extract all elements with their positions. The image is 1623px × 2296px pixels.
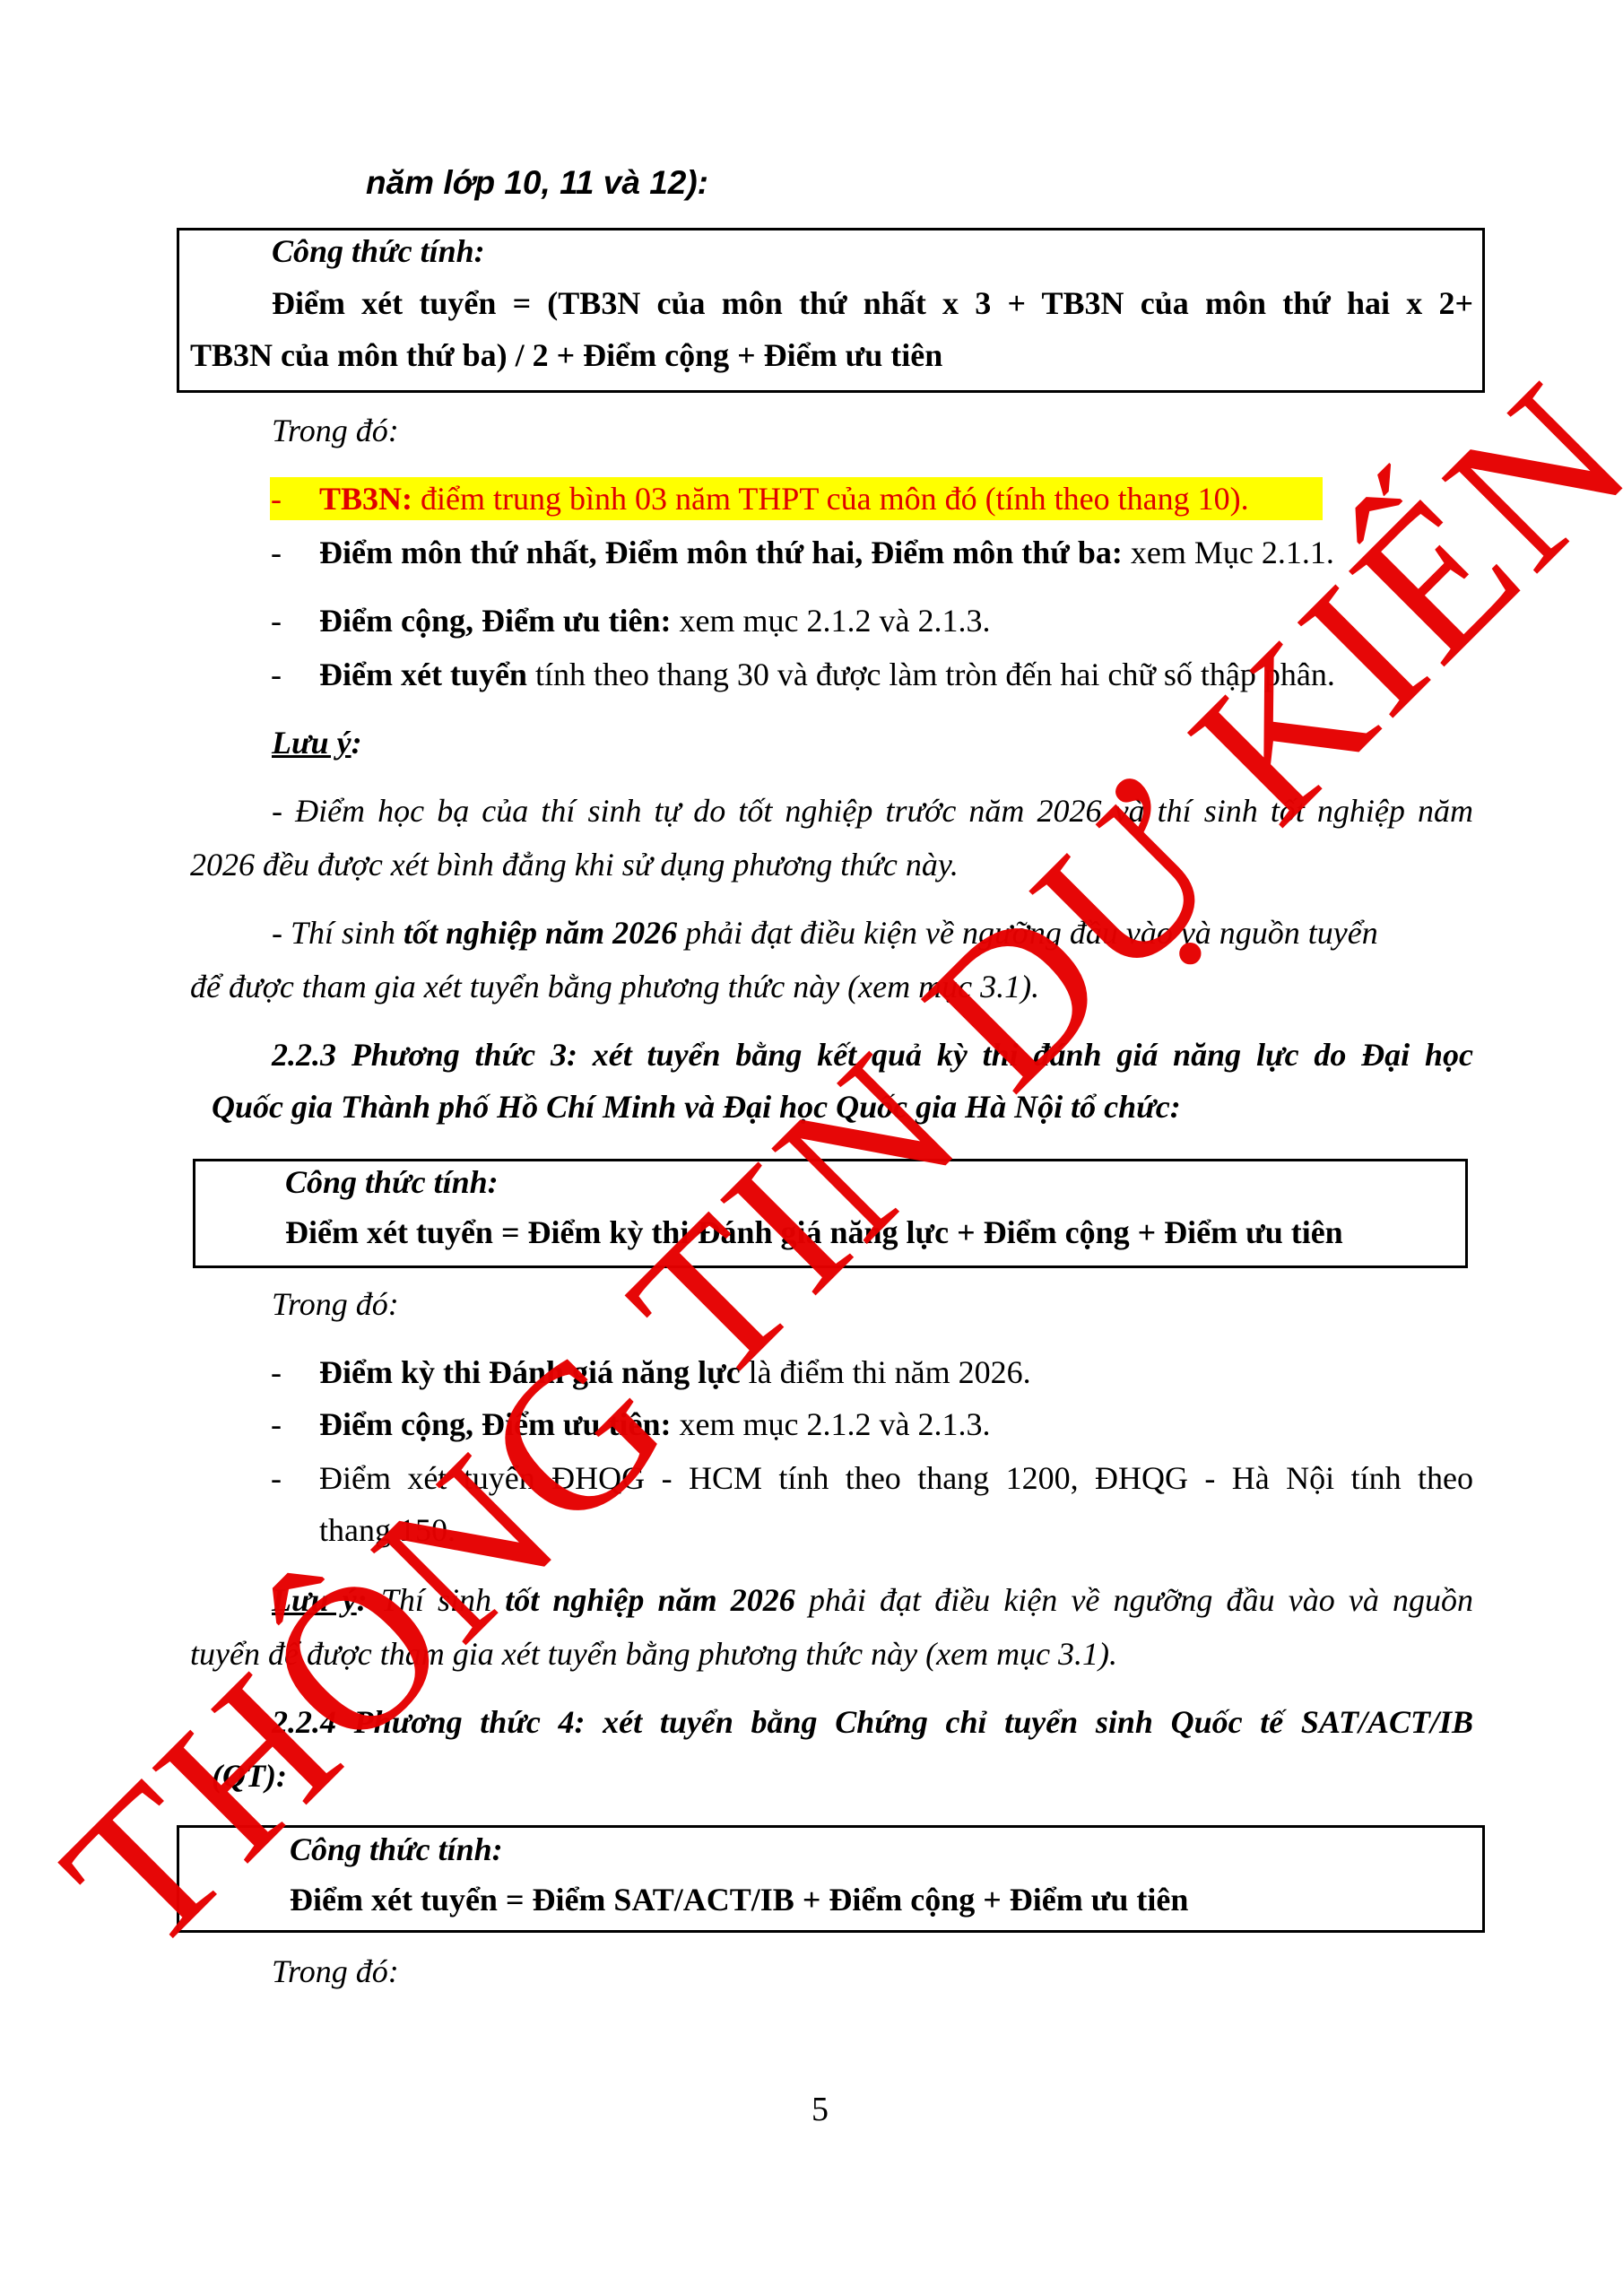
note-2-line-2: tuyển để được tham gia xét tuyển bằng ph…: [190, 1634, 1117, 1674]
note-label: Lưu ý:: [272, 723, 362, 762]
section-2-2-3-heading-line-1: 2.2.3 Phương thức 3: xét tuyển bằng kết …: [272, 1035, 1473, 1074]
bullet-text: xem mục 2.1.2 và 2.1.3.: [672, 603, 991, 639]
note-paragraph-1-line-1: - Điểm học bạ của thí sinh tự do tốt ngh…: [272, 791, 1473, 831]
bullet-item-aptitude-score: Điểm kỳ thi Đánh giá năng lực là điểm th…: [319, 1352, 1031, 1392]
bullet-dash: -: [271, 1458, 282, 1498]
note-paragraph-2-line-1: - Thí sinh tốt nghiệp năm 2026 phải đạt …: [272, 913, 1378, 952]
bullet-term: Điểm xét tuyển: [319, 657, 527, 692]
note-2-line-1: Lưu ý: Thí sinh tốt nghiệp năm 2026 phải…: [272, 1580, 1473, 1620]
formula-line: Điểm xét tuyển = Điểm kỳ thi Đánh giá nă…: [285, 1213, 1343, 1252]
formula-line-2: TB3N của môn thứ ba) / 2 + Điểm cộng + Đ…: [190, 335, 942, 375]
bullet-item-subject-scores: Điểm môn thứ nhất, Điểm môn thứ hai, Điể…: [319, 533, 1334, 572]
formula-line: Điểm xét tuyển = Điểm SAT/ACT/IB + Điểm …: [290, 1880, 1188, 1919]
bullet-term: TB3N:: [319, 481, 412, 517]
page-number: 5: [811, 2090, 829, 2129]
bullet-text: xem Mục 2.1.1.: [1123, 535, 1334, 570]
document-page: năm lớp 10, 11 và 12): Công thức tính: Đ…: [0, 0, 1623, 2296]
bullet-dash: -: [271, 601, 282, 640]
formula-label: Công thức tính:: [290, 1830, 503, 1869]
note-paragraph-2-line-2: để được tham gia xét tuyển bằng phương t…: [190, 967, 1039, 1006]
bullet-dash: -: [271, 1352, 282, 1392]
bullet-dash: -: [271, 479, 282, 518]
bullet-dash: -: [271, 533, 282, 572]
section-2-2-4-heading-line-2: (QT):: [212, 1756, 287, 1796]
bullet-item-bonus-points: Điểm cộng, Điểm ưu tiên: xem mục 2.1.2 v…: [319, 601, 991, 640]
bullet-text: tính theo thang 30 và được làm tròn đến …: [527, 657, 1335, 692]
bullet-item-tb3n: TB3N: điểm trung bình 03 năm THPT của mô…: [319, 479, 1249, 518]
bullet-term: Điểm môn thứ nhất, Điểm môn thứ hai, Điể…: [319, 535, 1123, 570]
section-heading-continuation: năm lớp 10, 11 và 12):: [366, 163, 708, 203]
bullet-dash: -: [271, 1405, 282, 1444]
section-2-2-4-heading-line-1: 2.2.4 Phương thức 4: xét tuyển bằng Chứn…: [272, 1702, 1473, 1742]
formula-label: Công thức tính:: [285, 1162, 499, 1202]
bullet-item-admission-score: Điểm xét tuyển tính theo thang 30 và đượ…: [319, 655, 1335, 694]
bullet-item-bonus-points: Điểm cộng, Điểm ưu tiên: xem mục 2.1.2 v…: [319, 1405, 991, 1444]
bullet-item-scale-continuation: thang 150.: [319, 1510, 456, 1550]
section-2-2-3-heading-line-2: Quốc gia Thành phố Hồ Chí Minh và Đại họ…: [212, 1087, 1181, 1126]
where-label: Trong đó:: [272, 1284, 399, 1324]
bullet-dash: -: [271, 655, 282, 694]
where-label: Trong đó:: [272, 1952, 399, 1991]
formula-line-1: Điểm xét tuyển = (TB3N của môn thứ nhất …: [272, 283, 1473, 323]
note-paragraph-1-line-2: 2026 đều được xét bình đẳng khi sử dụng …: [190, 845, 959, 884]
bullet-term: Điểm cộng, Điểm ưu tiên:: [319, 603, 672, 639]
where-label: Trong đó:: [272, 411, 399, 450]
bullet-text: điểm trung bình 03 năm THPT của môn đó (…: [412, 481, 1249, 517]
bullet-item-scale: Điểm xét tuyển ĐHQG - HCM tính theo than…: [319, 1458, 1473, 1498]
formula-label: Công thức tính:: [272, 231, 485, 271]
